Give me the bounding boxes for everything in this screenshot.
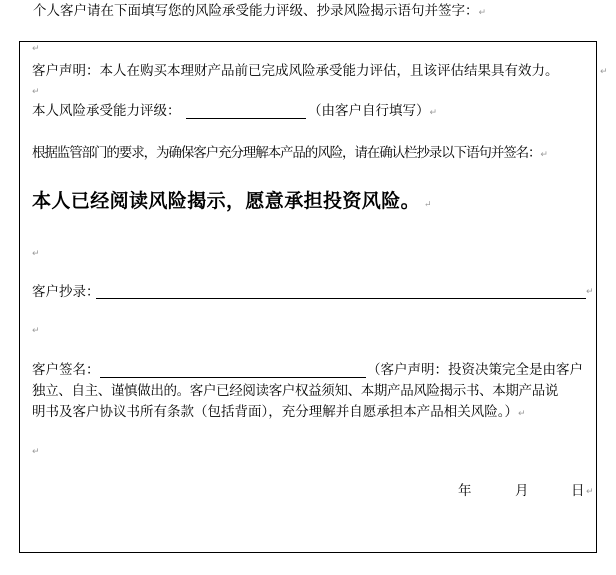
- signature-note-line3-text: 明书及客户协议书所有条款（包括背面），充分理解并自愿承担本产品相关风险。）: [32, 404, 518, 420]
- paragraph-mark-icon: ↵: [586, 487, 594, 497]
- signature-note-line3: 明书及客户协议书所有条款（包括背面），充分理解并自愿承担本产品相关风险。）↵: [32, 404, 526, 420]
- date-day-label: 日: [571, 483, 585, 499]
- intro-text: 个人客户请在下面填写您的风险承受能力评级、抄录风险揭示语句并签字：: [33, 3, 479, 19]
- risk-rating-note: （由客户自行填写）↵: [308, 103, 437, 119]
- instruction-text: 根据监管部门的要求，为确保客户充分理解本产品的风险，请在确认栏抄录以下语句并签名…: [32, 145, 540, 161]
- signature-note-line2: 独立、自主、谨慎做出的。客户已经阅读客户权益须知、本期产品风险揭示书、本期产品说: [32, 383, 558, 399]
- signature-input[interactable]: [100, 362, 366, 378]
- risk-rating-label: 本人风险承受能力评级：: [32, 103, 181, 119]
- paragraph-mark-icon: ↵: [430, 108, 438, 118]
- paragraph-mark-icon: ↵: [479, 8, 487, 18]
- risk-rating-input[interactable]: [186, 103, 306, 119]
- signature-label: 客户签名：: [32, 362, 100, 378]
- paragraph-mark-icon: ↵: [424, 200, 432, 210]
- rating-note-text: （由客户自行填写）: [308, 103, 430, 119]
- paragraph-mark-icon: ↵: [540, 150, 548, 160]
- paragraph-mark-icon: ↵: [32, 44, 40, 54]
- paragraph-mark-icon: ↵: [32, 87, 40, 97]
- copy-sentence-text: 本人已经阅读风险揭示，愿意承担投资风险。: [32, 190, 420, 212]
- transcribe-input[interactable]: [96, 283, 586, 299]
- declaration-text: 客户声明：本人在购买本理财产品前已完成风险承受能力评估，且该评估结果具有效力。: [32, 63, 559, 79]
- customer-declaration: 客户声明：本人在购买本理财产品前已完成风险承受能力评估，且该评估结果具有效力。: [32, 63, 559, 79]
- signature-note-line1: （客户声明：投资决策完全是由客户: [367, 362, 583, 378]
- transcribe-label: 客户抄录：: [32, 284, 100, 300]
- date-month-label: 月: [515, 483, 529, 499]
- paragraph-mark-icon: ↵: [600, 67, 608, 77]
- paragraph-mark-icon: ↵: [518, 409, 526, 419]
- paragraph-mark-icon: ↵: [586, 287, 594, 297]
- regulatory-instruction: 根据监管部门的要求，为确保客户充分理解本产品的风险，请在确认栏抄录以下语句并签名…: [32, 145, 548, 161]
- paragraph-mark-icon: ↵: [32, 249, 40, 259]
- paragraph-mark-icon: ↵: [32, 447, 40, 457]
- paragraph-mark-icon: ↵: [32, 326, 40, 336]
- date-year-label: 年: [458, 483, 472, 499]
- sentence-to-copy: 本人已经阅读风险揭示，愿意承担投资风险。↵: [32, 190, 432, 212]
- intro-instruction: 个人客户请在下面填写您的风险承受能力评级、抄录风险揭示语句并签字：↵: [33, 3, 486, 19]
